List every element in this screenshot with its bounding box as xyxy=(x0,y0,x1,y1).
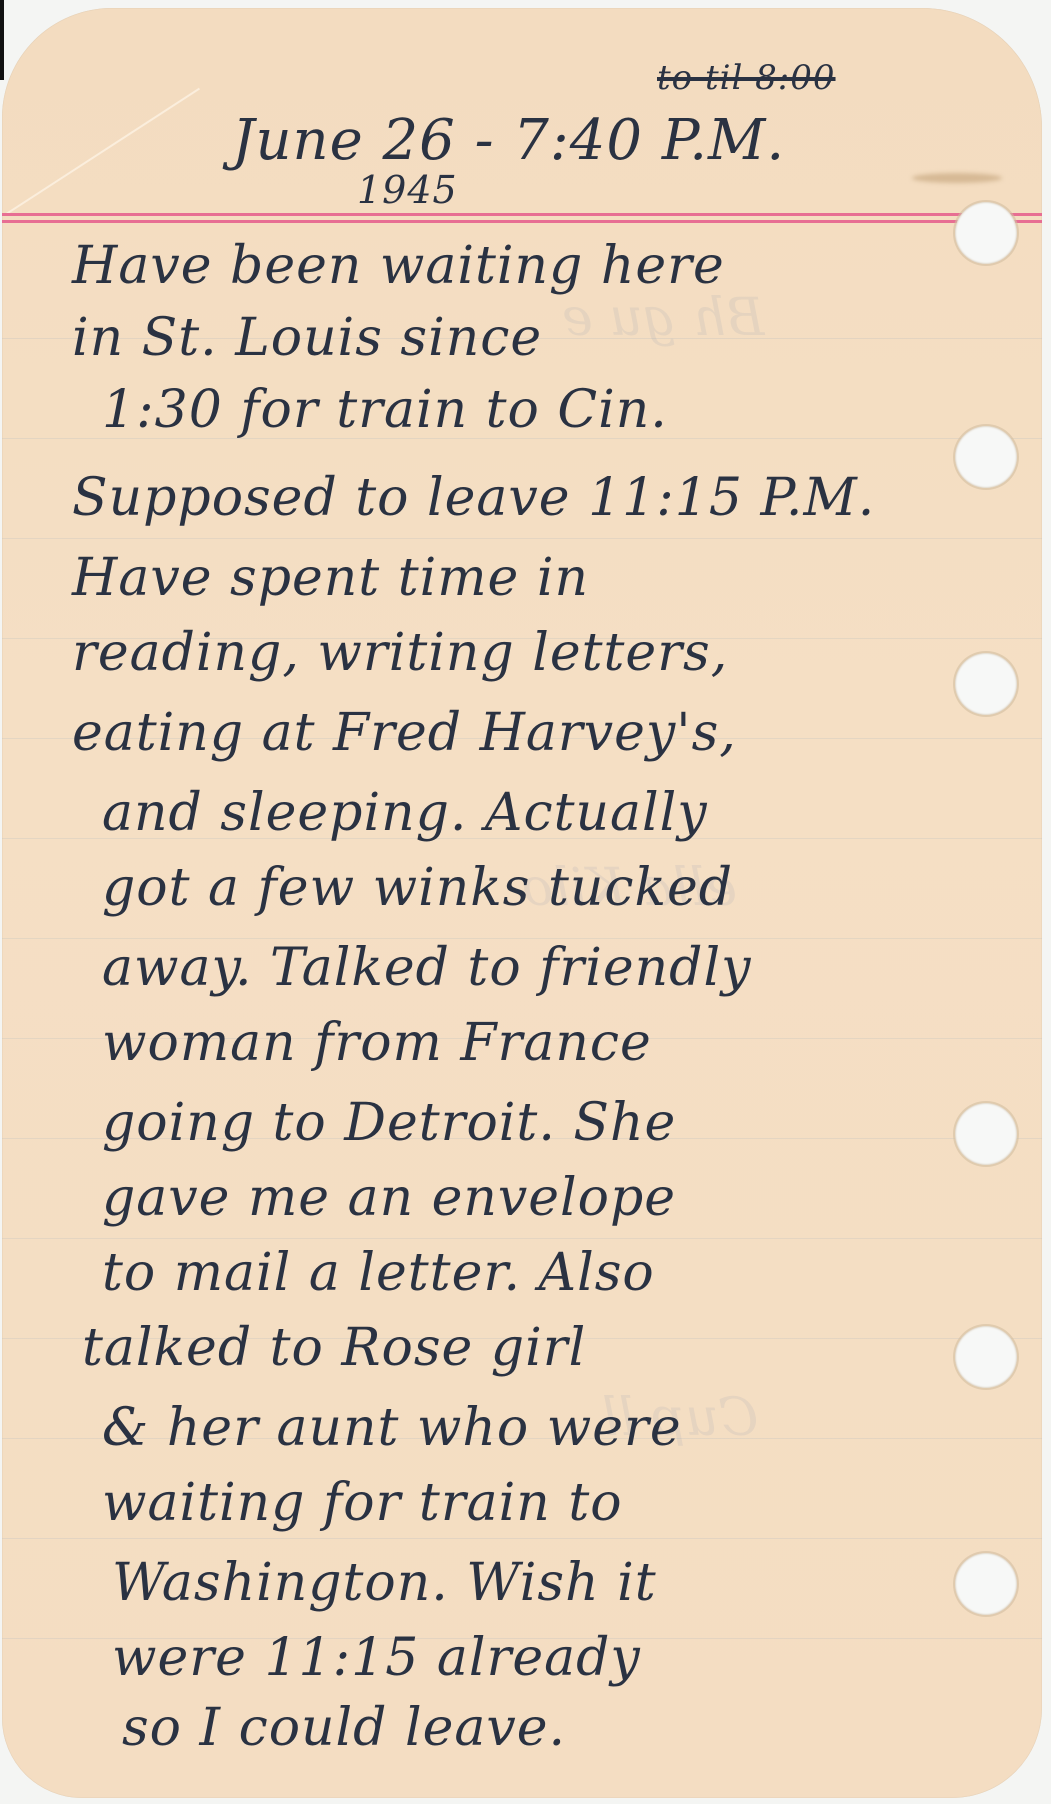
entry-year: 1945 xyxy=(357,168,458,212)
show-through-text: Bh gu e xyxy=(562,288,764,348)
ruled-line xyxy=(2,1238,1042,1239)
text-line: talked to Rose girl xyxy=(82,1318,586,1378)
text-line: Washington. Wish it xyxy=(112,1553,657,1613)
text-line: to mail a letter. Also xyxy=(102,1243,655,1303)
text-line: woman from France xyxy=(102,1013,652,1073)
binder-hole xyxy=(955,1103,1017,1165)
text-line: gave me an envelope xyxy=(102,1168,676,1228)
binder-hole xyxy=(955,653,1017,715)
text-line: & her aunt who were xyxy=(102,1398,682,1458)
text-line: Supposed to leave 11:15 P.M. xyxy=(72,468,875,528)
text-line: waiting for train to xyxy=(102,1473,623,1533)
text-line: in St. Louis since xyxy=(72,308,542,368)
binder-hole xyxy=(955,426,1017,488)
scan-edge xyxy=(0,0,4,80)
header-red-rule xyxy=(2,213,1042,223)
text-line: got a few winks tucked xyxy=(102,858,733,918)
struck-through-note: to til 8:00 xyxy=(657,58,836,98)
text-line: Have been waiting here xyxy=(72,236,725,296)
text-line: Have spent time in xyxy=(72,548,589,608)
entry-date-time: June 26 - 7:40 P.M. xyxy=(232,108,785,173)
text-line: away. Talked to friendly xyxy=(102,938,751,998)
text-line: 1:30 for train to Cin. xyxy=(102,380,668,440)
text-line: eating at Fred Harvey's, xyxy=(72,703,737,763)
text-line: reading, writing letters, xyxy=(72,623,728,683)
ruled-line xyxy=(2,538,1042,539)
text-line: going to Detroit. She xyxy=(102,1093,676,1153)
binder-hole xyxy=(955,1553,1017,1615)
text-line: were 11:15 already xyxy=(112,1628,641,1688)
binder-hole xyxy=(955,202,1017,264)
diary-page: Bh gu e ella Kilo Cup ll to til 8:00 Jun… xyxy=(2,8,1042,1798)
paper-stain xyxy=(912,173,1002,183)
text-line: and sleeping. Actually xyxy=(102,783,708,843)
binder-hole xyxy=(955,1326,1017,1388)
fold-crease xyxy=(6,88,200,215)
ruled-line xyxy=(2,1538,1042,1539)
text-line: so I could leave. xyxy=(122,1698,566,1758)
